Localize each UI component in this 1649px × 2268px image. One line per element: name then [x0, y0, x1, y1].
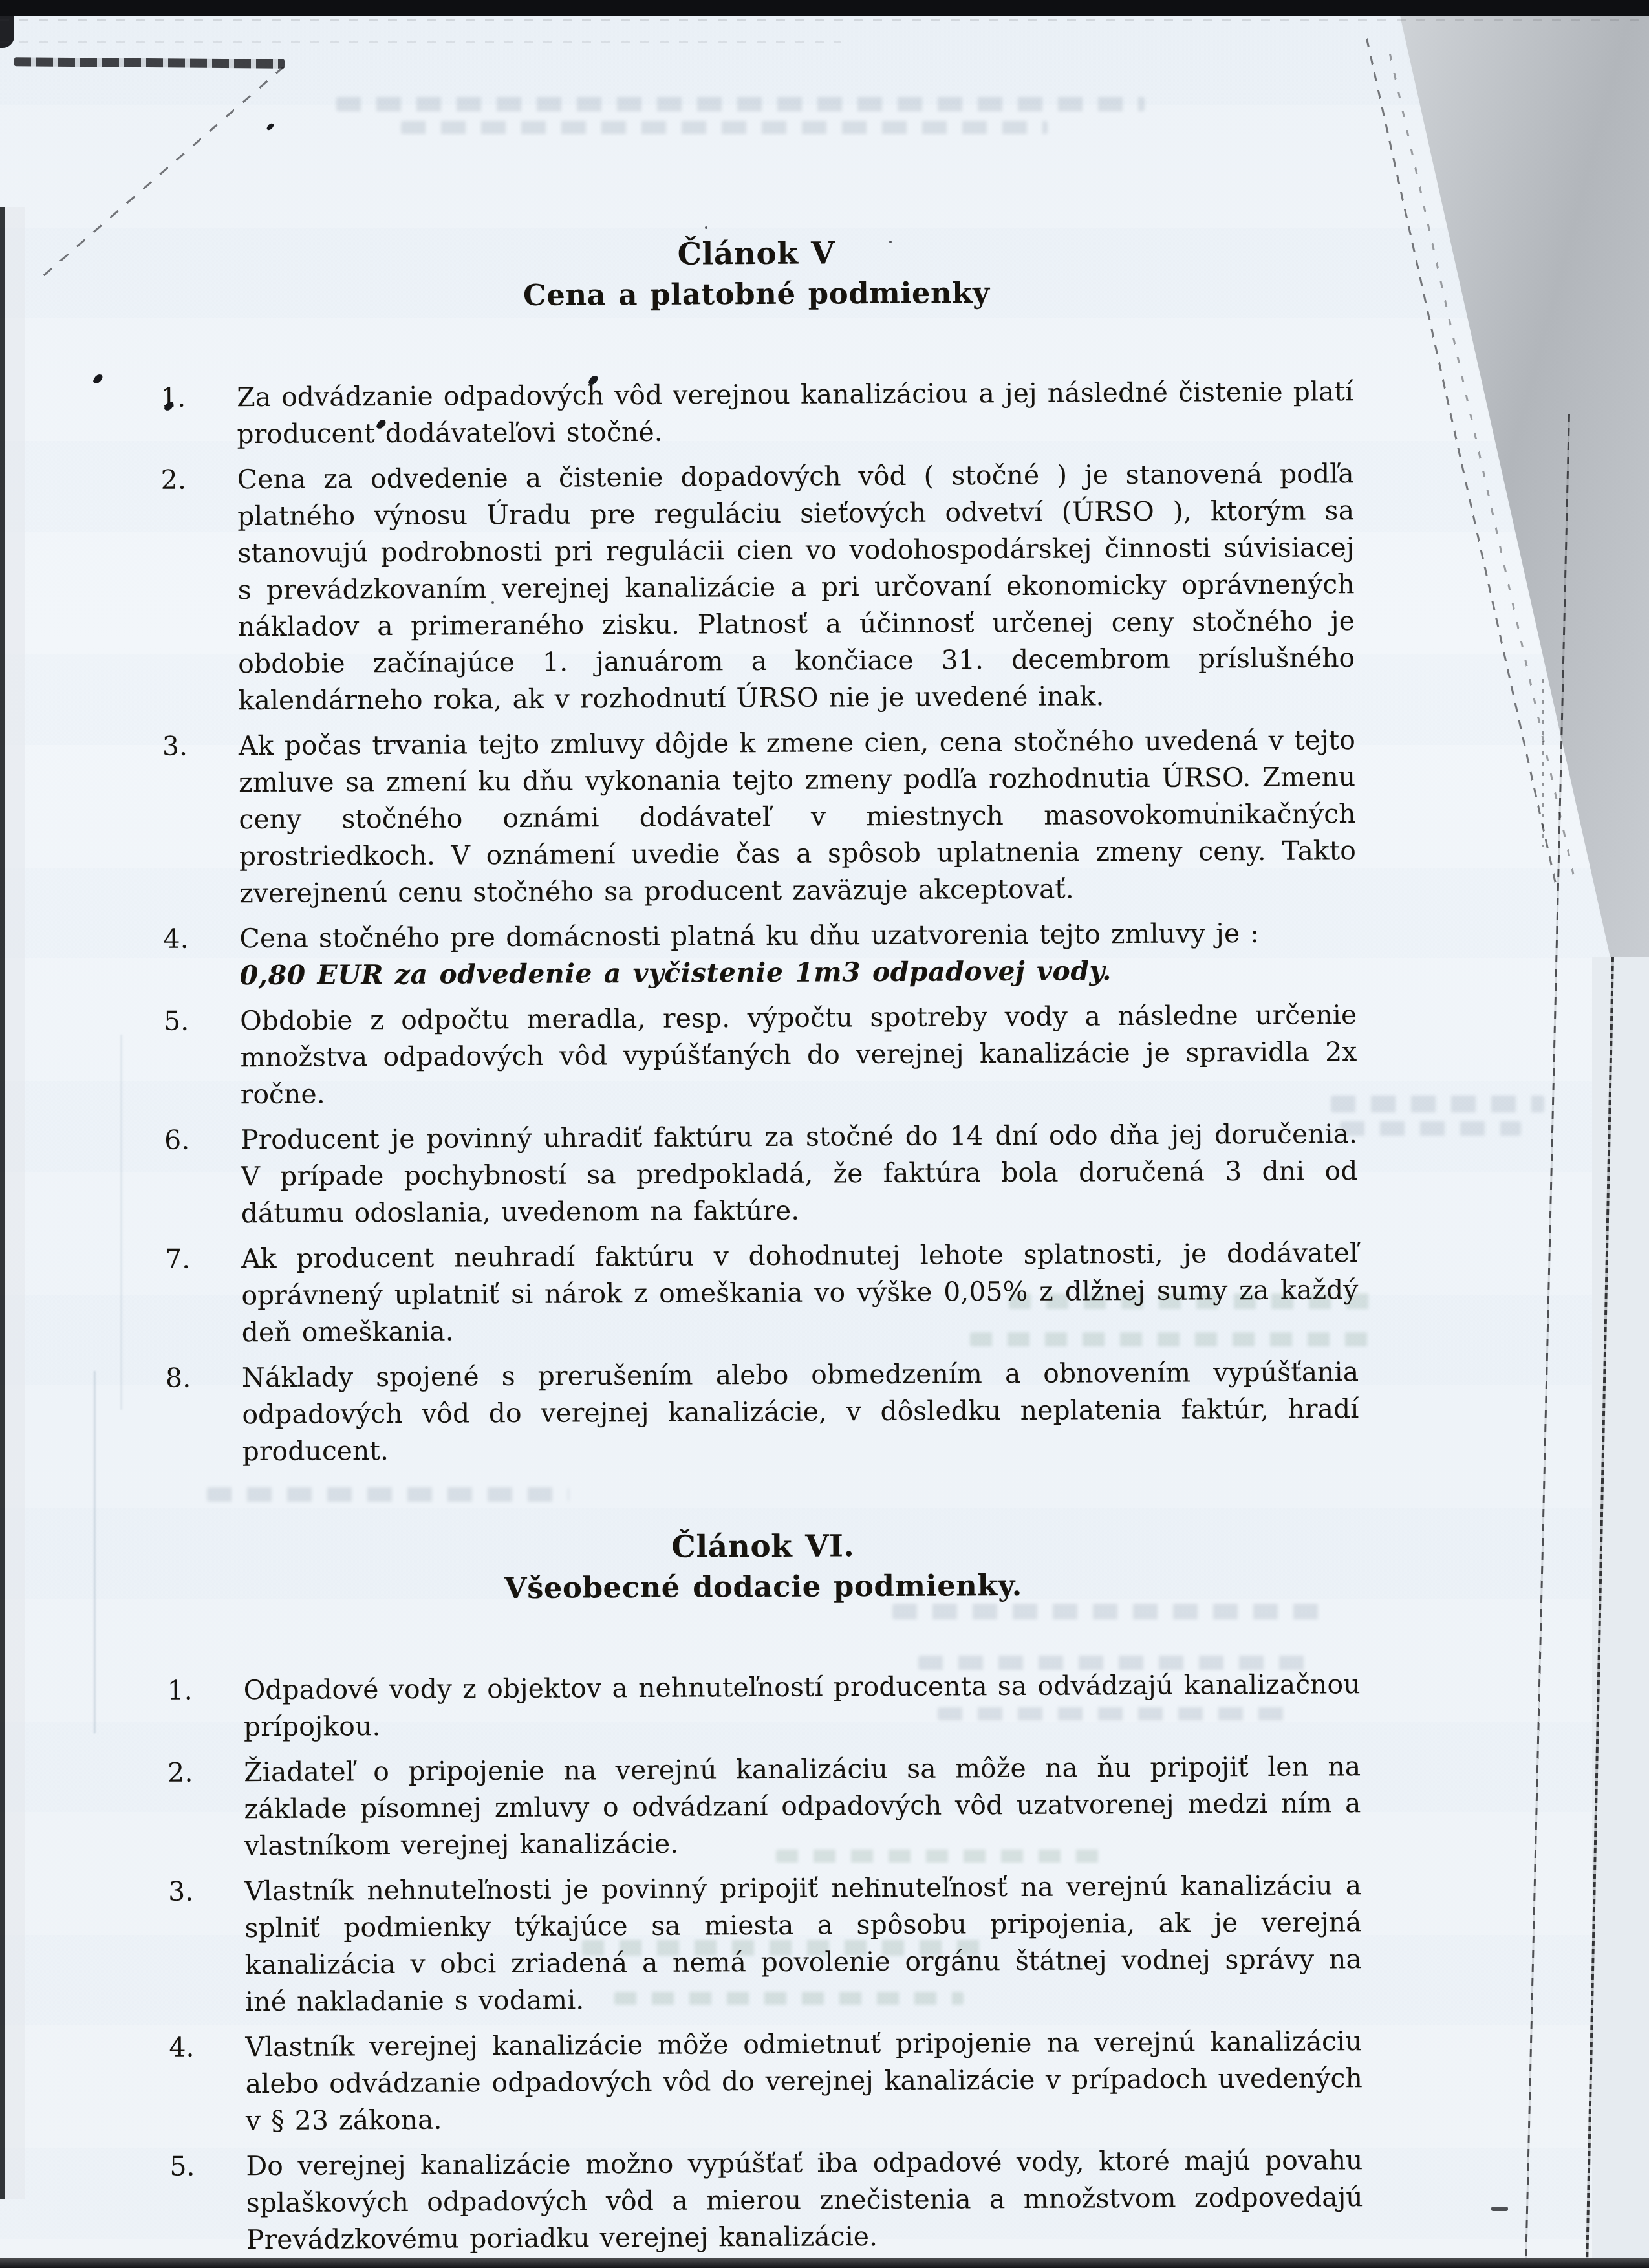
dust-dot [876, 1879, 879, 1881]
contract-clause-item: 1.Odpadové vody z objektov a nehnuteľnos… [167, 1666, 1361, 1746]
ink-mark [1491, 2207, 1508, 2211]
article-v-heading: Článok V [160, 231, 1353, 277]
clause-number: 4. [163, 920, 240, 995]
contract-clause-item: 4.Vlastník verejnej kanalizácie môže odm… [169, 2023, 1363, 2140]
contract-text-block: Článok V Cena a platobné podmienky 1.Za … [160, 231, 1363, 2267]
clause-number: 4. [169, 2029, 246, 2140]
scan-streak-artifact [0, 19, 1649, 21]
clause-text: Vlastník verejnej kanalizácie môže odmie… [245, 2023, 1363, 2139]
dust-dot [407, 2128, 410, 2130]
scan-streak-artifact [0, 41, 841, 43]
bleed-through-artifact [1340, 1121, 1521, 1136]
contract-clause-item: 5.Do verejnej kanalizácie možno vypúšťať… [169, 2142, 1363, 2259]
clause-number: 7. [165, 1240, 242, 1352]
dust-dot [889, 241, 892, 243]
bleed-through-line-artifact [94, 1371, 96, 1733]
clause-text: Cena za odvedenie a čistenie dopadových … [237, 455, 1355, 719]
scanner-edge-bottom [0, 2258, 1649, 2268]
paper-sheet: Článok V Cena a platobné podmienky 1.Za … [0, 14, 1649, 2260]
article-v-clause-list: 1.Za odvádzanie odpadových vôd verejnou … [160, 373, 1359, 1471]
contract-clause-item: 3.Vlastník nehnuteľnosti je povinný prip… [168, 1867, 1362, 2021]
clause-text: Producent je povinný uhradiť faktúru za … [241, 1116, 1358, 1232]
article-v-section: Článok V Cena a platobné podmienky 1.Za … [160, 231, 1359, 1471]
clause-text: Cena stočného pre domácnosti platná ku d… [239, 914, 1357, 994]
clause-number: 2. [167, 1754, 244, 1865]
short-crease-line [1542, 679, 1544, 847]
clause-text: Ak producent neuhradí faktúru v dohodnut… [241, 1235, 1359, 1351]
scanner-edge-top [0, 0, 1649, 16]
contract-clause-item: 8.Náklady spojené s prerušením alebo obm… [166, 1354, 1359, 1471]
clause-number: 1. [167, 1672, 244, 1746]
article-vi-subheading: Všeobecné dodacie podmienky. [167, 1564, 1360, 1610]
clause-number: 6. [164, 1121, 241, 1233]
price-highlight: 0,80 EUR za odvedenie a vyčistenie 1m3 o… [240, 951, 1357, 994]
left-edge-soft-shade [5, 207, 25, 2199]
clause-number: 8. [166, 1359, 242, 1471]
article-vi-section: Článok VI. Všeobecné dodacie podmienky. … [166, 1524, 1363, 2259]
contract-clause-item: 1.Za odvádzanie odpadových vôd verejnou … [160, 373, 1354, 453]
bleed-through-artifact [1331, 1096, 1544, 1112]
clause-text: Ak počas trvania tejto zmluvy dôjde k zm… [239, 722, 1356, 912]
article-vi-heading: Článok VI. [166, 1524, 1359, 1570]
contract-clause-item: 3.Ak počas trvania tejto zmluvy dôjde k … [162, 722, 1356, 913]
clause-number: 5. [169, 2148, 246, 2259]
contract-clause-item: 7.Ak producent neuhradí faktúru v dohodn… [165, 1235, 1359, 1352]
dust-dot [737, 2234, 741, 2238]
clause-text: Obdobie z odpočtu meradla, resp. výpočtu… [240, 997, 1357, 1113]
clause-number: 5. [164, 1002, 241, 1114]
contract-clause-item: 2.Žiadateľ o pripojenie na verejnú kanal… [167, 1748, 1361, 1865]
dust-dot [491, 601, 494, 604]
clause-text: Do verejnej kanalizácie možno vypúšťať i… [246, 2142, 1363, 2258]
clause-text: Odpadové vody z objektov a nehnuteľností… [243, 1666, 1361, 1745]
bleed-through-artifact [401, 121, 1048, 134]
clause-text: Vlastník nehnuteľnosti je povinný pripoj… [244, 1867, 1362, 2020]
left-edge-scan-line [0, 207, 5, 2199]
clause-number: 3. [168, 1873, 245, 2021]
clause-number: 1. [160, 379, 237, 453]
bleed-through-artifact [336, 97, 1145, 111]
contract-clause-item: 4.Cena stočného pre domácnosti platná ku… [163, 914, 1357, 995]
clause-text: Žiadateľ o pripojenie na verejnú kanaliz… [244, 1748, 1361, 1864]
article-vi-clause-list: 1.Odpadové vody z objektov a nehnuteľnos… [167, 1666, 1363, 2259]
dust-dot [705, 226, 707, 229]
clause-text: Náklady spojené s prerušením alebo obmed… [242, 1354, 1359, 1470]
article-v-subheading: Cena a platobné podmienky [160, 271, 1353, 318]
bleed-through-line-artifact [120, 1035, 122, 1410]
contract-clause-item: 2.Cena za odvedenie a čistenie dopadovýc… [161, 455, 1355, 720]
dust-dot [1216, 802, 1218, 805]
clause-number: 2. [161, 461, 239, 720]
clause-number: 3. [162, 728, 239, 913]
clause-text: Za odvádzanie odpadových vôd verejnou ka… [237, 373, 1354, 453]
contract-clause-item: 6.Producent je povinný uhradiť faktúru z… [164, 1116, 1358, 1233]
contract-clause-item: 5.Obdobie z odpočtu meradla, resp. výpoč… [164, 997, 1357, 1114]
scanned-contract-page: { "document": { "article_v": { "heading"… [0, 0, 1649, 2268]
dust-dot [343, 1416, 345, 1419]
